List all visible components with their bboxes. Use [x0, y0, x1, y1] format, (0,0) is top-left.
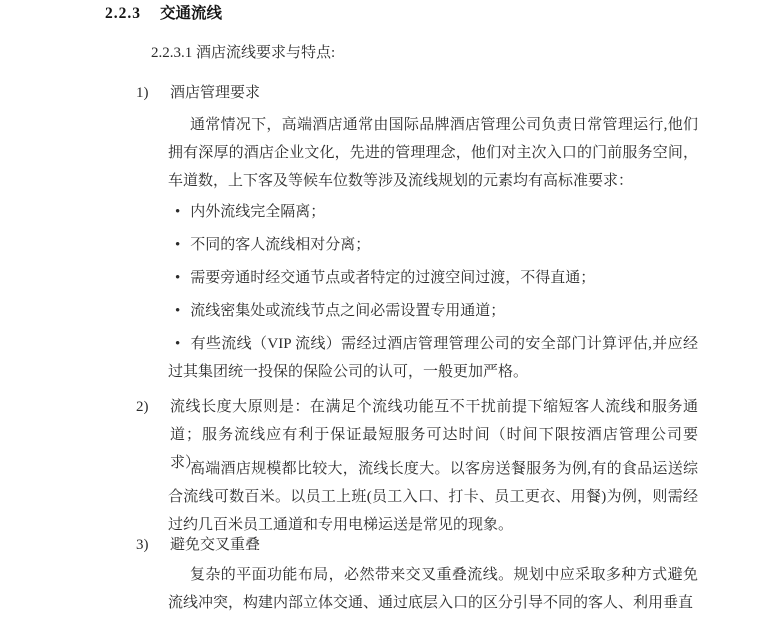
section1-paragraph: 通常情况下，高端酒店通常由国际品牌酒店管理公司负责日常管理运行,他们拥有深厚的酒… [168, 111, 698, 195]
bullet-item: •有些流线（VIP 流线）需经过酒店管理管理公司的安全部门计算评估,并应经过其集… [168, 330, 698, 386]
bullet-icon: • [175, 303, 180, 319]
bullet-icon: • [175, 237, 180, 253]
section2-paragraph: 高端酒店规模都比较大，流线长度大。以客房送餐服务为例,有的食品运送综合流线可数百… [168, 455, 698, 539]
bullet-item: •不同的客人流线相对分离； [168, 231, 698, 259]
section-heading: 2.2.3交通流线 [105, 3, 222, 25]
bullet-text: 内外流线完全隔离； [190, 204, 325, 220]
bullet-list: •内外流线完全隔离； •不同的客人流线相对分离； •需要旁通时经交通节点或者特定… [168, 198, 698, 386]
subsection-heading: 2.2.3.1 酒店流线要求与特点: [151, 39, 335, 67]
list-marker-3: 3) [136, 531, 168, 559]
heading-title: 交通流线 [160, 5, 222, 22]
bullet-text: 需要旁通时经交通节点或者特定的过渡空间过渡，不得直通； [190, 270, 595, 286]
section1-title: 酒店管理要求 [170, 79, 260, 107]
list-marker-1: 1) [136, 79, 168, 107]
bullet-icon: • [175, 336, 180, 352]
bullet-item: •内外流线完全隔离； [168, 198, 698, 226]
section3-paragraph: 复杂的平面功能布局，必然带来交叉重叠流线。规划中应采取多种方式避免流线冲突，构建… [168, 561, 698, 617]
bullet-icon: • [175, 204, 180, 220]
heading-number: 2.2.3 [105, 5, 141, 22]
bullet-icon: • [175, 270, 180, 286]
section3-title: 避免交叉重叠 [170, 531, 260, 559]
bullet-text: 不同的客人流线相对分离； [190, 237, 370, 253]
bullet-item: •流线密集处或流线节点之间必需设置专用通道； [168, 297, 698, 325]
bullet-text: 流线密集处或流线节点之间必需设置专用通道； [190, 303, 505, 319]
bullet-text: 有些流线（VIP 流线）需经过酒店管理管理公司的安全部门计算评估,并应经过其集团… [168, 336, 698, 380]
bullet-item: •需要旁通时经交通节点或者特定的过渡空间过渡，不得直通； [168, 264, 698, 292]
list-marker-2: 2) [136, 393, 168, 421]
document-page: 2.2.3交通流线 2.2.3.1 酒店流线要求与特点: 1) 酒店管理要求 通… [0, 0, 760, 621]
